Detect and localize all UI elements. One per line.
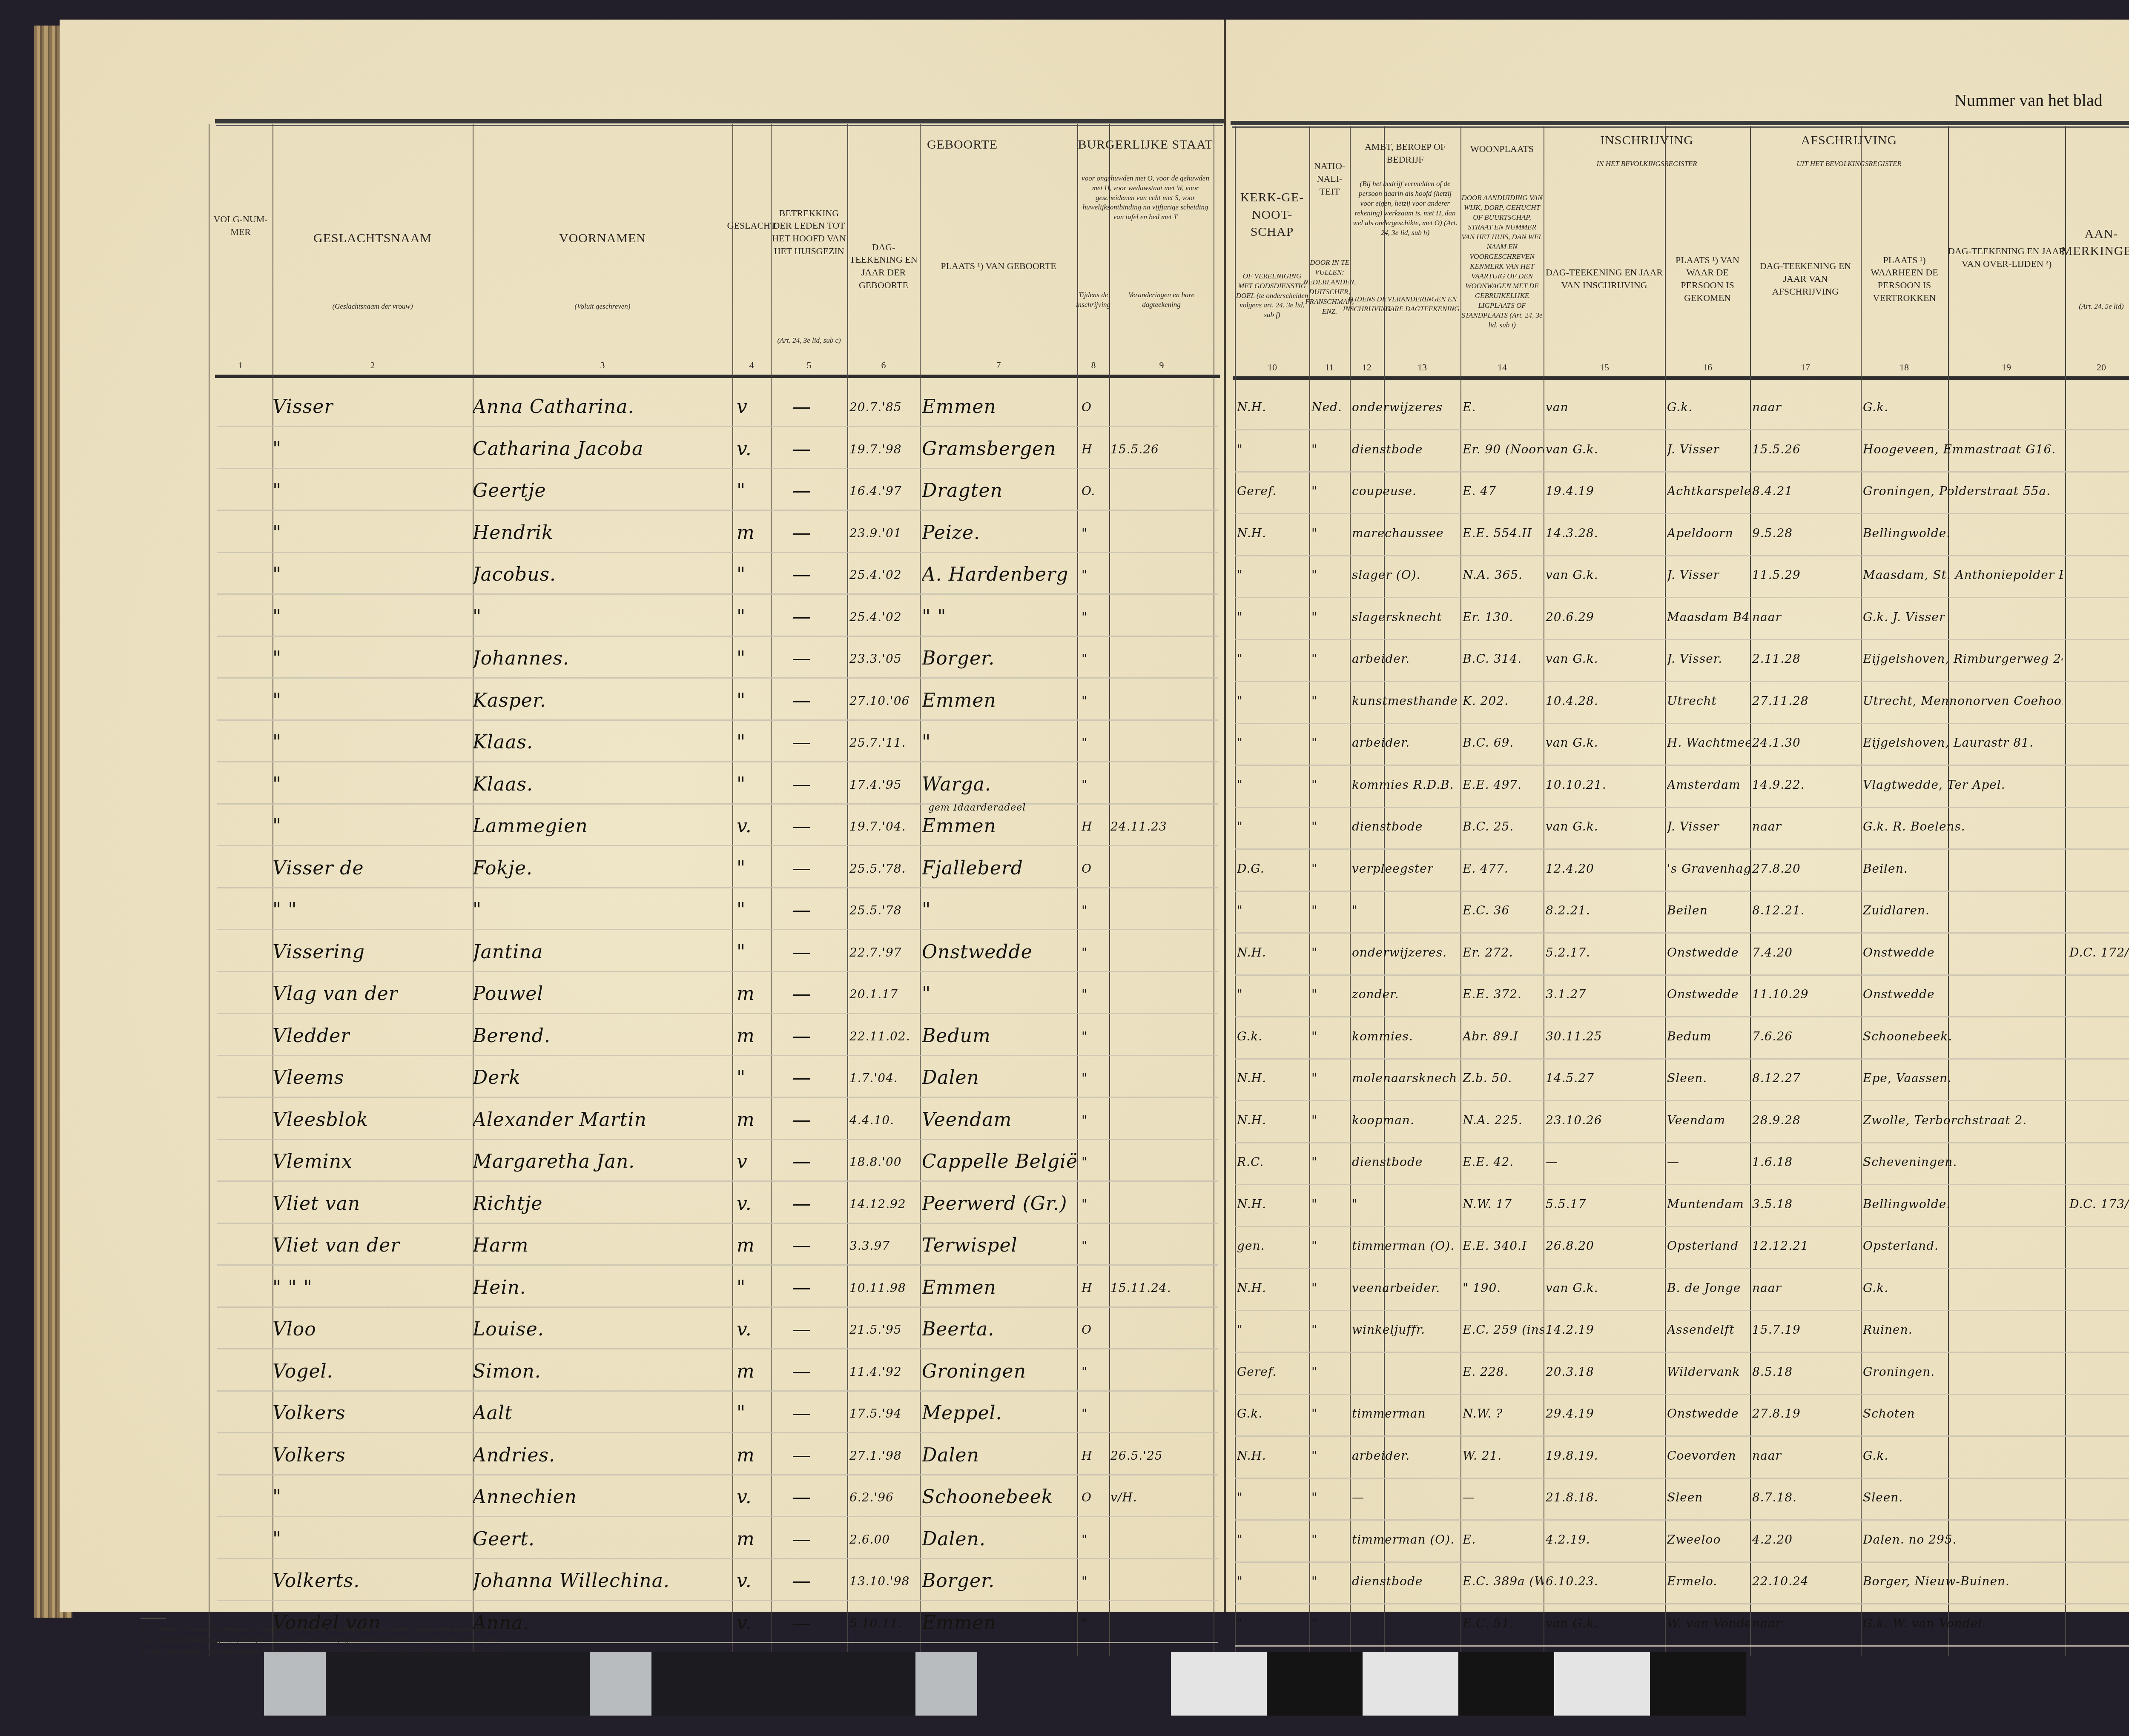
deregistration-date-cell: 3.5.18 <box>1752 1197 1793 1211</box>
row-rule-left <box>217 1474 1218 1475</box>
relation-cell: — <box>792 522 811 544</box>
surname-cell: Vleminx <box>273 1151 353 1172</box>
surname-cell: Vliet van der <box>273 1235 400 1256</box>
came-from-cell: Onstwedde <box>1667 945 1739 960</box>
moved-to-cell: G.k. R. Boelens. <box>1863 819 1965 834</box>
birth-place-cell: Cappelle België <box>922 1151 1078 1172</box>
church-cell: N.H. <box>1237 945 1266 960</box>
sex-cell: " <box>737 731 746 753</box>
civil-status-cell: " <box>1082 736 1087 750</box>
group-geboorte-text: GEBOORTE <box>927 136 998 154</box>
row-rule-right <box>1235 723 2129 724</box>
row-rule-left <box>217 1516 1218 1517</box>
church-cell: " <box>1237 1616 1243 1630</box>
surname-cell: " <box>273 480 281 501</box>
deregistration-date-cell: 1.6.18 <box>1752 1155 1793 1169</box>
residence-cell: Z.b. 50. <box>1463 1071 1512 1085</box>
nationality-cell: " <box>1311 568 1317 582</box>
relation-cell: — <box>792 857 811 879</box>
row-rule-left <box>217 677 1218 679</box>
row-rule-right <box>1235 1100 2129 1101</box>
moved-to-cell: Maasdam, St. Anthoniepolder B 49. <box>1863 568 2063 582</box>
group-afschrijving-text: AFSCHRIJVING <box>1801 132 1897 149</box>
moved-to-cell: Sleen. <box>1863 1490 1903 1504</box>
relation-cell: — <box>792 983 811 1005</box>
birth-date-cell: 4.4.10. <box>849 1113 894 1127</box>
relation-cell: — <box>792 1570 811 1592</box>
column-number-5: 5 <box>796 360 822 371</box>
column-divider-left <box>473 124 473 1656</box>
row-rule-left <box>217 426 1218 427</box>
came-from-cell: J. Visser <box>1667 819 1719 834</box>
birth-date-cell: 19.7.'98 <box>849 442 902 456</box>
birth-date-cell: 27.10.'06 <box>849 694 910 708</box>
deregistration-date-cell: 7.4.20 <box>1752 945 1793 960</box>
surname-cell: " <box>273 564 281 585</box>
birth-date-cell: 14.12.92 <box>849 1197 906 1211</box>
moved-to-cell: Onstwedde <box>1863 987 1935 1001</box>
column-number-9: 9 <box>1149 360 1174 371</box>
residence-cell: B.C. 69. <box>1463 736 1514 750</box>
given-names-cell: Margaretha Jan. <box>473 1151 635 1172</box>
nationality-cell: " <box>1311 945 1317 960</box>
sex-cell: " <box>737 857 746 879</box>
group-inschrijving-sub-text: IN HET BEVOLKINGSREGISTER <box>1596 159 1697 169</box>
col-voornamen-note-text: (Voluit geschreven) <box>574 302 630 312</box>
surname-cell: " <box>273 522 281 544</box>
nationality-cell: " <box>1311 862 1317 876</box>
occupation-cell: kommies R.D.B. <box>1352 778 1454 792</box>
nationality-cell: " <box>1311 484 1317 498</box>
nationality-cell: " <box>1311 819 1317 834</box>
row-rule-right <box>1235 1435 2129 1437</box>
sex-cell: m <box>737 983 755 1005</box>
occupation-cell: timmerman (O). <box>1352 1533 1455 1547</box>
column-divider-left <box>1214 124 1214 1656</box>
birth-date-cell: 17.4.'95 <box>849 778 902 792</box>
row-rule-left <box>217 552 1218 553</box>
came-from-cell: B. de Jonge <box>1667 1281 1741 1295</box>
row-rule-right <box>1235 555 2129 556</box>
row-rule-left <box>217 593 1218 595</box>
church-cell: D.G. <box>1237 862 1265 876</box>
row-rule-left <box>217 1390 1218 1392</box>
relation-cell: — <box>792 1109 811 1131</box>
moved-to-cell: Dalen. no 295. <box>1863 1533 1957 1547</box>
nationality-cell: " <box>1311 1239 1317 1253</box>
registration-date-cell: 26.8.20 <box>1546 1239 1594 1253</box>
moved-to-cell: Ruinen. <box>1863 1323 1913 1337</box>
relation-cell: — <box>792 1151 811 1172</box>
nationality-cell: " <box>1311 1281 1317 1295</box>
row-rule-right <box>1235 1478 2129 1479</box>
row-rule-right <box>1235 1561 2129 1563</box>
header-bottom-rule-right <box>1233 376 2129 380</box>
came-from-cell: Assendelft <box>1667 1323 1735 1337</box>
relation-cell: — <box>792 815 811 837</box>
footnote-1: ¹) Te vermelden: den naam der gemeente v… <box>141 1626 488 1633</box>
relation-cell: — <box>792 438 811 460</box>
sex-cell: " <box>737 564 746 585</box>
civil-status-cell: " <box>1082 945 1087 960</box>
given-names-cell: Kasper. <box>473 690 546 711</box>
deregistration-date-cell: naar <box>1752 1449 1782 1463</box>
came-from-cell: — <box>1667 1155 1679 1169</box>
given-names-cell: Berend. <box>473 1025 551 1047</box>
registration-date-cell: van G.k. <box>1546 442 1598 456</box>
birth-place-cell: Beerta. <box>922 1318 994 1340</box>
relation-cell: — <box>792 1025 811 1047</box>
deregistration-date-cell: 8.12.27 <box>1752 1071 1801 1085</box>
col-woonplaats-note: DOOR AANDUIDING VAN WIJK, DORP, GEHUCHT … <box>1461 170 1543 353</box>
birth-place-cell: Dragten <box>922 480 1003 501</box>
surname-cell: " <box>273 815 281 837</box>
residence-cell: — <box>1463 1490 1475 1504</box>
header-bottom-rule-left <box>215 375 1220 378</box>
occupation-cell: zonder. <box>1352 987 1399 1001</box>
registration-date-cell: 23.10.26 <box>1546 1113 1602 1127</box>
deregistration-date-cell: 8.4.21 <box>1752 484 1793 498</box>
registration-date-cell: van <box>1546 400 1569 414</box>
col-aanmerkingen-note-text: (Art. 24, 5e lid) <box>2079 302 2123 312</box>
remarks-cell: D.C. 172/121. <box>2069 945 2129 960</box>
deregistration-date-cell: 15.5.26 <box>1752 442 1801 456</box>
col-afschrijving-plaats-text: PLAATS ¹) WAARHEEN DE PERSOON IS VERTROK… <box>1861 254 1948 304</box>
given-names-cell: Jantina <box>473 941 543 963</box>
came-from-cell: J. Visser <box>1667 568 1719 582</box>
sex-cell: " <box>737 899 746 921</box>
registration-date-cell: 5.2.17. <box>1546 945 1590 960</box>
birth-place-cell: Schoonebeek <box>922 1486 1053 1508</box>
residence-cell: E. <box>1463 1533 1476 1547</box>
church-cell: gen. <box>1237 1239 1265 1253</box>
given-names-cell: Hendrik <box>473 522 554 544</box>
relation-cell: — <box>792 1486 811 1508</box>
civil-status-cell: " <box>1082 1533 1087 1547</box>
occupation-cell: " <box>1352 903 1358 917</box>
moved-to-cell: Vlagtwedde, Ter Apel. <box>1863 778 2006 792</box>
deregistration-date-cell: naar <box>1752 610 1782 624</box>
birth-date-cell: 3.3.97 <box>849 1239 890 1253</box>
came-from-cell: W. van Vondel <box>1667 1616 1750 1630</box>
registration-date-cell: 30.11.25 <box>1546 1029 1602 1043</box>
col-woonplaats: WOONPLAATS <box>1460 128 1544 170</box>
deregistration-date-cell: naar <box>1752 819 1782 834</box>
col-aanmerkingen-text: AAN-MERKINGEN <box>2061 226 2129 260</box>
residence-cell: N.A. 365. <box>1463 568 1523 582</box>
surname-cell: Volkerts. <box>273 1570 360 1592</box>
came-from-cell: Veendam <box>1667 1113 1725 1127</box>
deregistration-date-cell: 8.12.21. <box>1752 903 1805 917</box>
birth-place-cell: " " <box>922 606 946 627</box>
nationality-cell: " <box>1311 694 1317 708</box>
column-divider-left <box>771 124 772 1656</box>
civil-status-cell: " <box>1082 1365 1087 1379</box>
registration-date-cell: 14.5.27 <box>1546 1071 1594 1085</box>
sex-cell: " <box>737 480 746 501</box>
moved-to-cell: Scheveningen. <box>1863 1155 1957 1169</box>
nationality-cell: " <box>1311 1323 1317 1337</box>
col-afschrijving-plaats: PLAATS ¹) WAARHEEN DE PERSOON IS VERTROK… <box>1861 204 1948 353</box>
civil-status-cell: " <box>1082 1029 1087 1043</box>
occupation-cell: molenaarsknecht, <box>1352 1071 1458 1085</box>
registration-date-cell: 19.4.19 <box>1546 484 1594 498</box>
row-rule-right <box>1235 513 2129 514</box>
moved-to-cell: Onstwedde <box>1863 945 1935 960</box>
occupation-cell: winkeljuffr. <box>1352 1323 1425 1337</box>
civil-change-cell: 15.11.24. <box>1110 1281 1171 1295</box>
nationality-cell: " <box>1311 903 1317 917</box>
surname-cell: Volkers <box>273 1402 346 1424</box>
surname-cell: " <box>273 690 281 711</box>
relation-cell: — <box>792 480 811 501</box>
col-aanmerkingen: AAN-MERKINGEN <box>2065 187 2129 298</box>
col-nationaliteit-text: NATIO-NALI-TEIT <box>1309 160 1350 198</box>
row-rule-right <box>1235 1310 2129 1311</box>
deregistration-date-cell: naar <box>1752 400 1782 414</box>
given-names-cell: Jacobus. <box>473 564 556 585</box>
group-geboorte: GEBOORTE <box>847 128 1077 162</box>
registration-date-cell: 5.5.17 <box>1546 1197 1586 1211</box>
occupation-cell: kunstmesthandelaar. <box>1352 694 1458 708</box>
col-staat-inschrijving-text: Tijdens de inschrijving <box>1076 290 1110 310</box>
residence-cell: E.C. 259 (ins.) <box>1463 1323 1544 1337</box>
ambt-note-text: (Bij het bedrijf vermelden of de persoon… <box>1352 179 1458 238</box>
deregistration-date-cell: naar <box>1752 1616 1782 1630</box>
sex-cell: m <box>737 1444 755 1466</box>
column-number-1: 1 <box>228 360 253 371</box>
came-from-cell: Opsterland <box>1667 1239 1739 1253</box>
residence-cell: E.E. 340.I <box>1463 1239 1527 1253</box>
occupation-cell: — <box>1352 1490 1364 1504</box>
row-rule-left <box>217 887 1218 888</box>
relation-cell: — <box>792 396 811 418</box>
church-cell: N.H. <box>1237 526 1266 540</box>
birth-date-cell: 6.2.'96 <box>849 1490 894 1504</box>
sex-cell: " <box>737 690 746 711</box>
given-names-cell: Johanna Willechina. <box>473 1570 670 1592</box>
relation-cell: — <box>792 1277 811 1298</box>
birth-place-cell: Groningen <box>922 1361 1026 1382</box>
sex-cell: " <box>737 773 746 795</box>
moved-to-cell: Eijgelshoven, Laurastr 81. <box>1863 736 2034 750</box>
residence-cell: " 190. <box>1463 1281 1501 1295</box>
row-rule-left <box>217 1306 1218 1308</box>
church-cell: N.H. <box>1237 1197 1266 1211</box>
moved-to-cell: G.k. <box>1863 1281 1888 1295</box>
birth-date-cell: 20.1.17 <box>849 987 898 1001</box>
birth-date-cell: 25.4.'02 <box>849 610 902 624</box>
row-rule-right <box>1235 1058 2129 1060</box>
civil-change-cell: v/H. <box>1110 1490 1137 1504</box>
row-rule-right <box>1235 1268 2129 1269</box>
surname-cell: Vogel. <box>273 1361 333 1382</box>
column-number-7: 7 <box>986 360 1011 371</box>
sex-cell: m <box>737 1361 755 1382</box>
church-cell: " <box>1237 903 1243 917</box>
church-cell: G.k. <box>1237 1407 1262 1421</box>
surname-cell: " <box>273 731 281 753</box>
civil-status-cell: H <box>1082 442 1092 456</box>
occupation-cell: arbeider. <box>1352 736 1410 750</box>
row-rule-right <box>1235 1184 2129 1185</box>
relation-cell: — <box>792 1361 811 1382</box>
birth-date-cell: 27.1.'98 <box>849 1449 902 1463</box>
column-number-14: 14 <box>1489 362 1515 373</box>
occupation-cell: timmerman <box>1352 1407 1426 1421</box>
column-number-15: 15 <box>1592 362 1617 373</box>
residence-cell: E. 477. <box>1463 862 1509 876</box>
residence-cell: K. 202. <box>1463 694 1509 708</box>
col-betrekking-text: BETREKKING DER LEDEN TOT HET HOOFD VAN H… <box>771 207 847 258</box>
birth-place-cell: Dalen <box>922 1067 979 1089</box>
registration-date-cell: 8.2.21. <box>1546 903 1590 917</box>
row-rule-left <box>217 971 1218 972</box>
sex-cell: m <box>737 1235 755 1256</box>
group-burgerlijke-staat: BURGERLIJKE STAAT <box>1077 128 1214 162</box>
given-names-cell: Johannes. <box>473 647 569 669</box>
residence-cell: Er. 272. <box>1463 945 1513 960</box>
row-rule-left <box>217 1348 1218 1349</box>
birth-place-cell: Terwispel <box>922 1235 1018 1256</box>
moved-to-cell: Zwolle, Terborchstraat 2. <box>1863 1113 2027 1127</box>
row-rule-right <box>1235 891 2129 892</box>
occupation-cell: marechaussee <box>1352 526 1444 540</box>
row-rule-left <box>217 803 1218 805</box>
surname-cell: Visser <box>273 396 333 418</box>
relation-cell: — <box>792 1318 811 1340</box>
col-kerkgenootschap-note-text: OF VEREENIGING MET GODSDIENSTIG DOEL (te… <box>1235 272 1309 321</box>
given-names-cell: Hein. <box>473 1277 526 1298</box>
occupation-cell: dienstbode <box>1352 819 1423 834</box>
footnote-2: Is de plaats buiten Nederland gelegen, d… <box>141 1637 500 1644</box>
sex-cell: m <box>737 1109 755 1131</box>
deregistration-date-cell: 12.12.21 <box>1752 1239 1809 1253</box>
civil-status-cell: " <box>1082 1574 1087 1588</box>
row-rule-right <box>1235 1142 2129 1143</box>
moved-to-cell: Groningen, Polderstraat 55a. <box>1863 484 2051 498</box>
sex-cell: v <box>737 1151 748 1172</box>
civil-status-cell: H <box>1082 1449 1092 1463</box>
surname-cell: Vledder <box>273 1025 350 1047</box>
column-number-17: 17 <box>1793 362 1818 373</box>
col-volgnummer-text: VOLG-NUM-MER <box>209 213 273 238</box>
church-cell: " <box>1237 1323 1243 1337</box>
sex-cell: v. <box>737 1612 752 1634</box>
surname-cell: " " " <box>273 1277 313 1298</box>
relation-cell: — <box>792 1193 811 1215</box>
deregistration-date-cell: 7.6.26 <box>1752 1029 1793 1043</box>
column-number-3: 3 <box>590 360 615 371</box>
surname-cell: " <box>273 1528 281 1550</box>
col-aanmerkingen-note: (Art. 24, 5e lid) <box>2065 289 2129 324</box>
sex-cell: " <box>737 1067 746 1089</box>
sex-cell: v. <box>737 1486 752 1508</box>
relation-cell: — <box>792 1402 811 1424</box>
moved-to-cell: Hoogeveen, Emmastraat G16. <box>1863 442 2056 456</box>
birth-date-cell: 13.10.'98 <box>849 1574 910 1588</box>
relation-cell: — <box>792 606 811 627</box>
deregistration-date-cell: 27.8.20 <box>1752 862 1801 876</box>
relation-cell: — <box>792 1067 811 1089</box>
civil-status-cell: " <box>1082 610 1087 624</box>
registration-date-cell: 20.6.29 <box>1546 610 1594 624</box>
birth-place-cell: Peerwerd (Gr.) <box>922 1193 1067 1215</box>
birth-place-cell: Emmen <box>922 396 996 418</box>
given-names-cell: Andries. <box>473 1444 555 1466</box>
row-rule-right <box>1235 848 2129 850</box>
row-rule-left <box>217 510 1218 511</box>
row-rule-right <box>1235 597 2129 598</box>
church-cell: R.C. <box>1237 1155 1264 1169</box>
group-afschrijving-sub: UIT HET BEVOLKINGSREGISTER <box>1750 153 1948 175</box>
row-rule-right <box>1235 765 2129 766</box>
col-geboortedatum-text: DAG-TEEKENING EN JAAR DER GEBOORTE <box>847 241 920 292</box>
column-divider-left <box>273 124 273 1656</box>
nationality-cell: " <box>1311 736 1317 750</box>
column-divider-left <box>920 124 921 1656</box>
row-rule-right <box>1235 932 2129 934</box>
deregistration-date-cell: 24.1.30 <box>1752 736 1801 750</box>
residence-cell: Er. 90 (Noordeinde 28) <box>1463 442 1544 456</box>
civil-status-cell: " <box>1082 1239 1087 1253</box>
came-from-cell: Onstwedde <box>1667 1407 1739 1421</box>
deregistration-date-cell: 11.5.29 <box>1752 568 1801 582</box>
came-from-cell: Zweeloo <box>1667 1533 1721 1547</box>
sex-cell: " <box>737 1402 746 1424</box>
row-rule-left <box>217 1055 1218 1056</box>
row-rule-left <box>217 1558 1218 1559</box>
given-names-cell: Annechien <box>473 1486 577 1508</box>
surname-cell: " <box>273 647 281 669</box>
row-rule-right <box>1235 807 2129 808</box>
moved-to-cell: Epe, Vaassen. <box>1863 1071 1952 1085</box>
birth-date-cell: 25.5.'78. <box>849 862 906 876</box>
relation-cell: — <box>792 647 811 669</box>
occupation-cell: dienstbode <box>1352 442 1423 456</box>
birth-place-cell: Meppel. <box>922 1402 1002 1424</box>
church-cell: N.H. <box>1237 1071 1266 1085</box>
birth-date-cell: 22.7.'97 <box>849 945 902 960</box>
column-divider-left <box>209 124 209 1656</box>
surname-cell: Vlag van der <box>273 983 398 1005</box>
birth-place-cell: Dalen. <box>922 1528 986 1550</box>
sex-cell: v. <box>737 438 752 460</box>
birth-date-cell: 20.7.'85 <box>849 400 902 414</box>
deregistration-date-cell: 4.2.20 <box>1752 1533 1793 1547</box>
church-cell: Geref. <box>1237 1365 1277 1379</box>
sex-cell: v. <box>737 1318 752 1340</box>
residence-cell: E.C. 389a (Wiekaber 88) <box>1463 1574 1544 1588</box>
column-divider-left <box>1077 124 1078 1656</box>
group-inschrijving: INSCHRIJVING <box>1544 128 1750 153</box>
residence-cell: E.E. 554.II <box>1463 526 1532 540</box>
church-cell: Geref. <box>1237 484 1277 498</box>
given-names-cell: Pouwel <box>473 983 543 1005</box>
column-divider-left <box>732 124 733 1656</box>
col-geboorteplaats-text: PLAATS ¹) VAN GEBOORTE <box>941 260 1056 272</box>
nationality-cell: " <box>1311 1071 1317 1085</box>
came-from-cell: Achtkarspelen <box>1667 484 1750 498</box>
residence-cell: Er. 130. <box>1463 610 1513 624</box>
church-cell: " <box>1237 1574 1243 1588</box>
came-from-cell: G.k. <box>1667 400 1693 414</box>
given-names-cell: Harm <box>473 1235 528 1256</box>
residence-cell: E.E. 497. <box>1463 778 1522 792</box>
row-rule-right <box>1235 639 2129 640</box>
civil-status-cell: H <box>1082 1281 1092 1295</box>
col-afschrijving-datum-text: DAG-TEEKENING EN JAAR VAN AFSCHRIJVING <box>1750 260 1861 298</box>
